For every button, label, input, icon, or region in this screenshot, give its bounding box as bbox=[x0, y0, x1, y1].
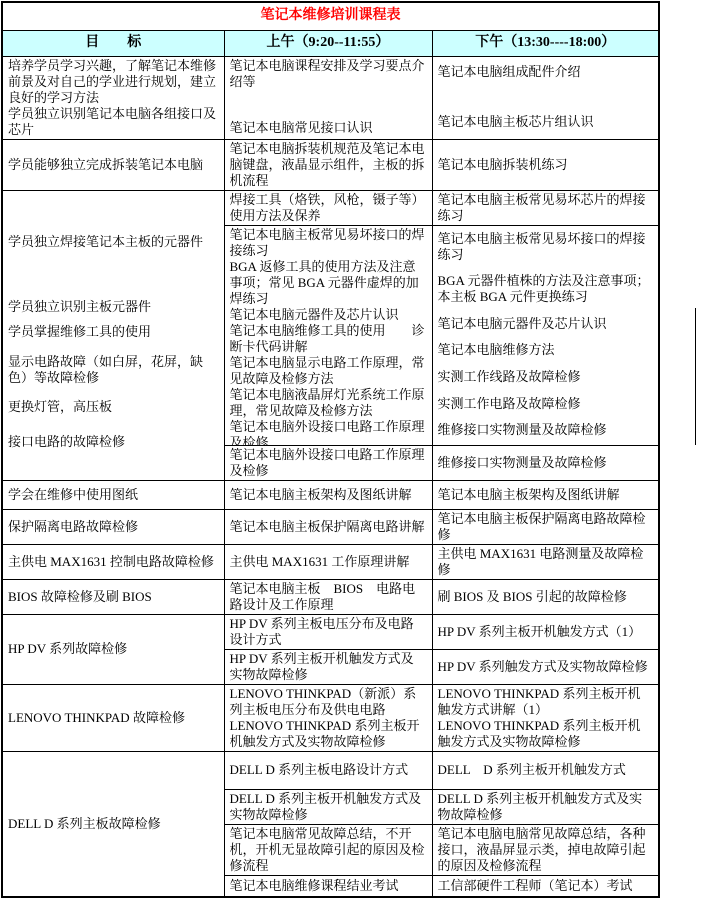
cell-paragraph: 实测工作线路及故障检修 bbox=[438, 369, 654, 385]
afternoon-cell: 笔记本电脑组成配件介绍 笔记本电脑主板芯片组认识 bbox=[432, 56, 659, 139]
cell-paragraph: BGA 返修工具的使用方法及注意事项；常见 BGA 元器件虚焊的加焊练习 bbox=[230, 259, 427, 307]
cell-paragraph: 笔记本电脑元器件及芯片认识 bbox=[438, 316, 654, 332]
cell-paragraph: 学员掌握维修工具的使用 bbox=[8, 324, 219, 340]
afternoon-cell: 维修接口实物测量及故障检修 bbox=[432, 445, 659, 480]
table-title: 笔记本维修培训课程表 bbox=[2, 2, 659, 30]
morning-cell: 笔记本电脑维修课程结业考试 bbox=[224, 875, 432, 897]
goal-cell: 学员独立焊接笔记本主板的元器件 学员独立识别主板元器件 学员掌握维修工具的使用 … bbox=[2, 190, 224, 480]
afternoon-cell: 主供电 MAX1631 电路测量及故障检修 bbox=[432, 544, 659, 579]
cell-paragraph: 维修接口实物测量及故障检修 bbox=[438, 422, 654, 438]
cell-paragraph: 学员独立焊接笔记本主板的元器件 bbox=[8, 234, 219, 250]
afternoon-cell: HP DV 系列触发方式及实物故障检修 bbox=[432, 649, 659, 684]
cell-paragraph: 笔记本电脑液晶屏灯光系统工作原理，常见故障及检修方法 bbox=[230, 387, 427, 419]
morning-cell: 笔记本电脑主板 BIOS 电路电路设计及工作原理 bbox=[224, 579, 432, 614]
morning-cell: LENOVO THINKPAD（新派）系列主板电压分布及供电电路 LENOVO … bbox=[224, 684, 432, 751]
cell-paragraph: 笔记本电脑元器件及芯片认识 bbox=[230, 307, 427, 323]
morning-cell: 笔记本电脑外设接口电路工作原理及检修 bbox=[224, 445, 432, 480]
morning-cell: HP DV 系列主板开机触发方式及实物故障检修 bbox=[224, 649, 432, 684]
afternoon-cell: 笔记本电脑主板常见易坏芯片的焊接练习 bbox=[432, 190, 659, 225]
cell-paragraph: 学员独立识别笔记本电脑各组接口及芯片 bbox=[8, 106, 219, 138]
morning-cell: 焊接工具（烙铁，风枪，镊子等）使用方法及保养 bbox=[224, 190, 432, 225]
cell-paragraph: 更换灯管，高压板 bbox=[8, 399, 219, 415]
cell-paragraph: 接口电路的故障检修 bbox=[8, 434, 219, 450]
stray-border-artifact bbox=[695, 308, 696, 445]
row-protection: 保护隔离电路故障检修 笔记本电脑主板保护隔离电路讲解 笔记本电脑主板保护隔离电路… bbox=[2, 509, 659, 544]
cell-paragraph: 笔记本电脑主板常见易坏接口的焊接练习 bbox=[230, 227, 427, 259]
header-row: 目 标 上午（9:20--11:55） 下午（13:30----18:00） bbox=[2, 30, 659, 56]
row-diagrams: 学会在维修中使用图纸 笔记本电脑主板架构及图纸讲解 笔记本电脑主板架构及图纸讲解 bbox=[2, 480, 659, 509]
header-goal: 目 标 bbox=[2, 30, 224, 56]
row-max1631: 主供电 MAX1631 控制电路故障检修 主供电 MAX1631 工作原理讲解 … bbox=[2, 544, 659, 579]
cell-paragraph: 笔记本电脑显示电路工作原理，常见故障及检修方法 bbox=[230, 355, 427, 387]
goal-cell: LENOVO THINKPAD 故障检修 bbox=[2, 684, 224, 751]
cell-paragraph: 笔记本电脑主板芯片组认识 bbox=[438, 114, 654, 130]
afternoon-cell: HP DV 系列主板开机触发方式（1） bbox=[432, 614, 659, 649]
cell-paragraph: 笔记本电脑主板常见易坏接口的焊接练习 bbox=[438, 231, 654, 263]
afternoon-cell: 刷 BIOS 及 BIOS 引起的故障检修 bbox=[432, 579, 659, 614]
header-morning: 上午（9:20--11:55） bbox=[224, 30, 432, 56]
afternoon-cell: 工信部硬件工程师（笔记本）考试 bbox=[432, 875, 659, 897]
cell-paragraph: LENOVO THINKPAD 系列主板开机触发方式及实物故障检修 bbox=[438, 718, 654, 750]
afternoon-cell: 笔记本电脑电脑常见故障总结，各种接口，液晶屏显示类，掉电故障引起的原因及检修流程 bbox=[432, 824, 659, 875]
morning-cell: 笔记本电脑主板架构及图纸讲解 bbox=[224, 480, 432, 509]
cell-paragraph: 笔记本电脑外设接口电路工作原理及检修 bbox=[230, 419, 427, 446]
title-row: 笔记本维修培训课程表 bbox=[2, 2, 659, 30]
goal-cell: 保护隔离电路故障检修 bbox=[2, 509, 224, 544]
row-disassembly: 学员能够独立完成拆装笔记本电脑 笔记本电脑拆装机规范及笔记本电脑键盘，液晶显示组… bbox=[2, 139, 659, 190]
morning-cell: 笔记本电脑拆装机规范及笔记本电脑键盘，液晶显示组件，主板的拆机流程 bbox=[224, 139, 432, 190]
cell-paragraph: 笔记本电脑课程安排及学习要点介绍等 bbox=[230, 58, 427, 90]
cell-paragraph: BGA 元器件植株的方法及注意事项；本主板 BGA 元件更换练习 bbox=[438, 273, 654, 305]
course-schedule-table: 笔记本维修培训课程表 目 标 上午（9:20--11:55） 下午（13:30-… bbox=[1, 1, 660, 898]
morning-cell: DELL D 系列主板电路设计方式 bbox=[224, 751, 432, 789]
morning-cell: 主供电 MAX1631 工作原理讲解 bbox=[224, 544, 432, 579]
morning-cell: 笔记本电脑主板保护隔离电路讲解 bbox=[224, 509, 432, 544]
afternoon-cell: 笔记本电脑拆装机练习 bbox=[432, 139, 659, 190]
morning-cell: 笔记本电脑常见故障总结，不开机，开机无显故障引起的原因及检修流程 bbox=[224, 824, 432, 875]
goal-cell: 学员能够独立完成拆装笔记本电脑 bbox=[2, 139, 224, 190]
row-hpdv-1: HP DV 系列故障检修 HP DV 系列主板电压分布及电路设计方式 HP DV… bbox=[2, 614, 659, 649]
header-afternoon: 下午（13:30----18:00） bbox=[432, 30, 659, 56]
row-intro: 培养学员学习兴趣，了解笔记本维修前景及对自己的学业进行规划，建立良好的学习方法 … bbox=[2, 56, 659, 139]
row-soldering-top: 学员独立焊接笔记本主板的元器件 学员独立识别主板元器件 学员掌握维修工具的使用 … bbox=[2, 190, 659, 225]
cell-paragraph: 笔记本电脑常见接口认识 bbox=[230, 120, 427, 136]
goal-cell: BIOS 故障检修及刷 BIOS bbox=[2, 579, 224, 614]
cell-paragraph: LENOVO THINKPAD 系列主板开机触发方式及实物故障检修 bbox=[230, 718, 427, 750]
afternoon-cell: DELL D 系列主板开机触发方式 bbox=[432, 751, 659, 789]
cell-paragraph: LENOVO THINKPAD（新派）系列主板电压分布及供电电路 bbox=[230, 686, 427, 718]
cell-paragraph: 笔记本电脑组成配件介绍 bbox=[438, 64, 654, 80]
afternoon-cell: 笔记本电脑主板架构及图纸讲解 bbox=[432, 480, 659, 509]
goal-cell: 学会在维修中使用图纸 bbox=[2, 480, 224, 509]
row-dell-1: DELL D 系列主板故障检修 DELL D 系列主板电路设计方式 DELL D… bbox=[2, 751, 659, 789]
goal-cell: 主供电 MAX1631 控制电路故障检修 bbox=[2, 544, 224, 579]
cell-paragraph: 学员独立识别主板元器件 bbox=[8, 299, 219, 315]
afternoon-cell: DELL D 系列主板开机触发方式及实物故障检修 bbox=[432, 789, 659, 824]
row-bios: BIOS 故障检修及刷 BIOS 笔记本电脑主板 BIOS 电路电路设计及工作原… bbox=[2, 579, 659, 614]
morning-cell: DELL D 系列主板开机触发方式及实物故障检修 bbox=[224, 789, 432, 824]
cell-paragraph: 实测工作电路及故障检修 bbox=[438, 396, 654, 412]
cell-paragraph: 培养学员学习兴趣，了解笔记本维修前景及对自己的学业进行规划，建立良好的学习方法 bbox=[8, 58, 219, 106]
goal-cell: HP DV 系列故障检修 bbox=[2, 614, 224, 684]
cell-paragraph: 笔记本电脑维修工具的使用 诊断卡代码讲解 bbox=[230, 323, 427, 355]
cell-paragraph: 显示电路故障（如白屏，花屏，缺色）等故障检修 bbox=[8, 354, 219, 386]
goal-cell: 培养学员学习兴趣，了解笔记本维修前景及对自己的学业进行规划，建立良好的学习方法 … bbox=[2, 56, 224, 139]
cell-paragraph: 笔记本电脑维修方法 bbox=[438, 342, 654, 358]
afternoon-cell: 笔记本电脑主板常见易坏接口的焊接练习 BGA 元器件植株的方法及注意事项；本主板… bbox=[432, 225, 659, 445]
cell-paragraph: LENOVO THINKPAD 系列主板开机触发方式讲解（1） bbox=[438, 686, 654, 718]
morning-cell: 笔记本电脑课程安排及学习要点介绍等 笔记本电脑常见接口认识 bbox=[224, 56, 432, 139]
morning-cell: HP DV 系列主板电压分布及电路设计方式 bbox=[224, 614, 432, 649]
morning-cell: 笔记本电脑主板常见易坏接口的焊接练习 BGA 返修工具的使用方法及注意事项；常见… bbox=[224, 225, 432, 445]
afternoon-cell: 笔记本电脑主板保护隔离电路故障检修 bbox=[432, 509, 659, 544]
row-lenovo: LENOVO THINKPAD 故障检修 LENOVO THINKPAD（新派）… bbox=[2, 684, 659, 751]
afternoon-cell: LENOVO THINKPAD 系列主板开机触发方式讲解（1） LENOVO T… bbox=[432, 684, 659, 751]
goal-cell: DELL D 系列主板故障检修 bbox=[2, 751, 224, 897]
